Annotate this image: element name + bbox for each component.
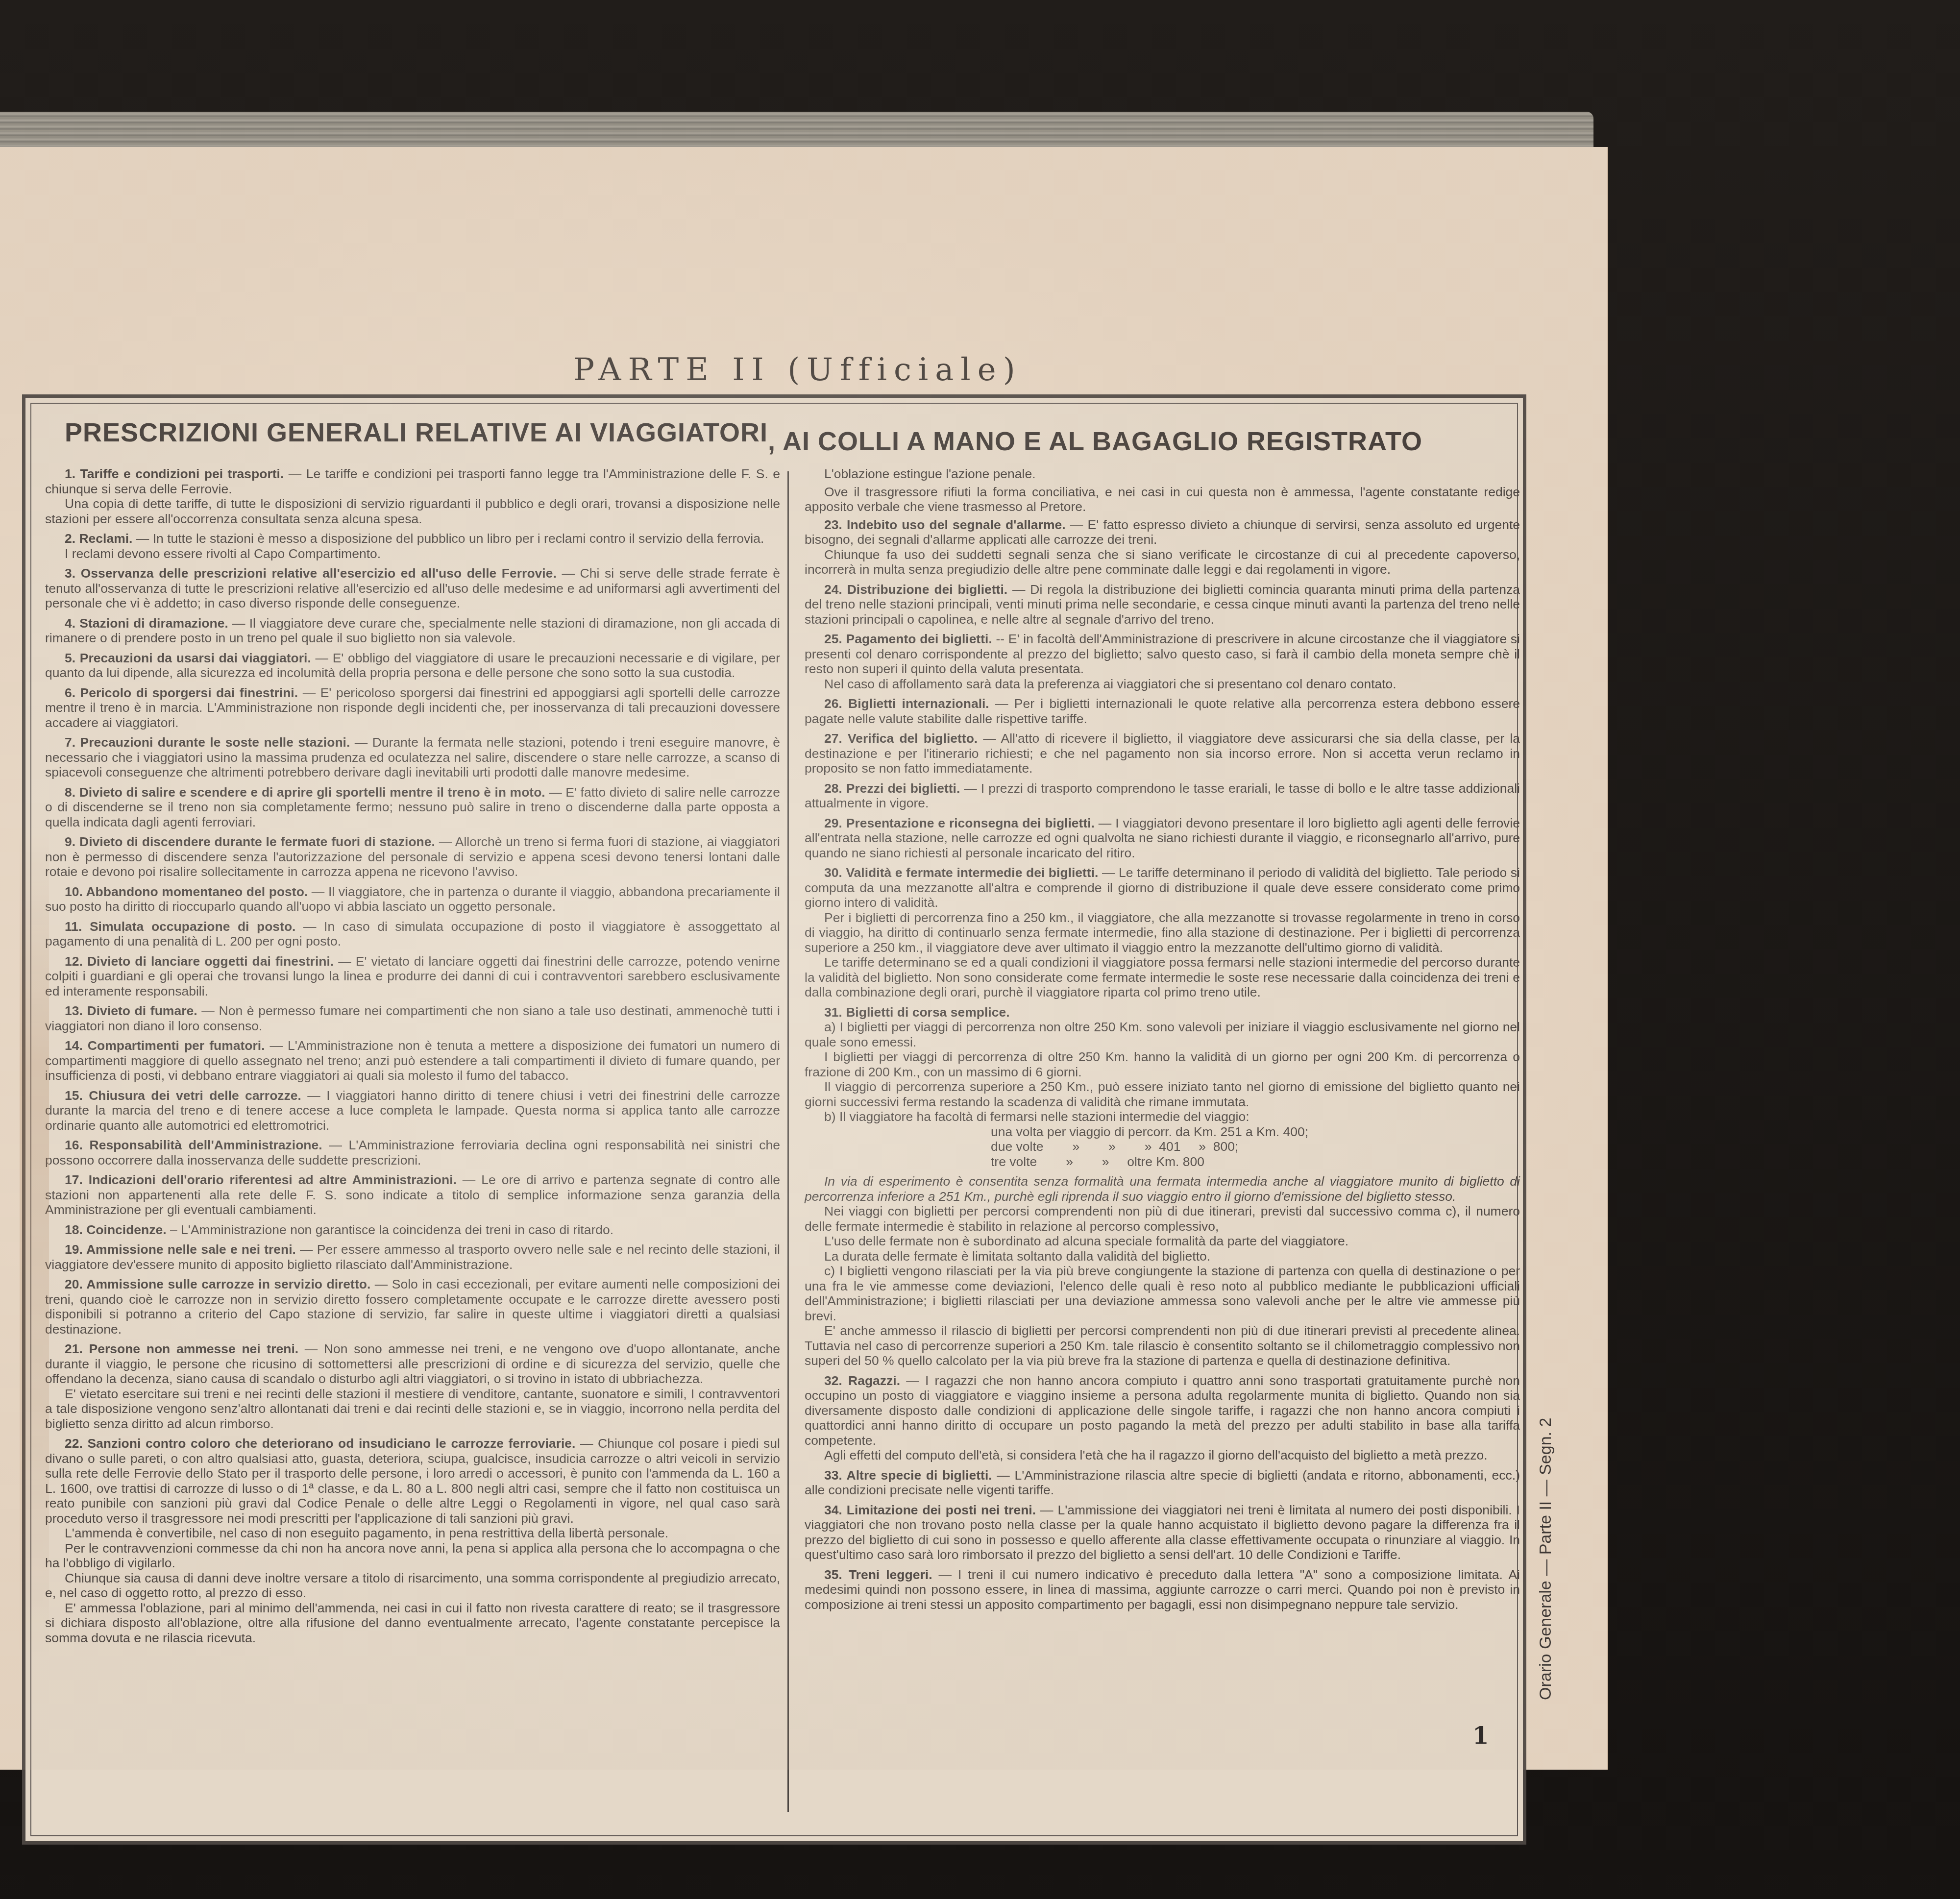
- article-heading: 29. Presentazione e riconsegna dei bigli…: [824, 816, 1099, 830]
- article-paragraph: c) I biglietti vengono rilasciati per la…: [805, 1264, 1520, 1323]
- book-page-edges: [0, 112, 1593, 147]
- article-28: 28. Prezzi dei biglietti. — I prezzi di …: [805, 781, 1520, 811]
- side-label: Orario Generale — Parte II — Segn. 2: [1536, 1418, 1555, 1700]
- article-31: 31. Biglietti di corsa semplice.a) I big…: [805, 1005, 1520, 1368]
- article-paragraph: 7. Precauzioni durante le soste nelle st…: [45, 735, 780, 780]
- article-32: 32. Ragazzi. — I ragazzi che non hanno a…: [805, 1373, 1520, 1463]
- article-paragraph: Chiunque sia causa di danni deve inoltre…: [45, 1571, 780, 1601]
- article-paragraph: 2. Reclami. — In tutte le stazioni è mes…: [45, 531, 780, 546]
- article-text: — In tutte le stazioni è messo a disposi…: [136, 531, 764, 546]
- article-15: 15. Chiusura dei vetri delle carrozze. —…: [45, 1088, 780, 1133]
- article-paragraph: Il viaggio di percorrenza superiore a 25…: [805, 1079, 1520, 1109]
- article-13: 13. Divieto di fumare. — Non è permesso …: [45, 1003, 780, 1033]
- article-paragraph: 15. Chiusura dei vetri delle carrozze. —…: [45, 1088, 780, 1133]
- article-heading: 21. Persone non ammesse nei treni.: [65, 1341, 305, 1356]
- page-number: 1: [1472, 1722, 1489, 1750]
- article-17: 17. Indicazioni dell'orario riferentesi …: [45, 1172, 780, 1217]
- article-paragraph: 17. Indicazioni dell'orario riferentesi …: [45, 1172, 780, 1217]
- article-heading: 16. Responsabilità dell'Amministrazione.: [65, 1138, 329, 1152]
- article-22: 22. Sanzioni contro coloro che deteriora…: [45, 1436, 780, 1645]
- article-heading: 26. Biglietti internazionali.: [824, 696, 995, 711]
- article-27: 27. Verifica del biglietto. — All'atto d…: [805, 731, 1520, 776]
- article-heading: 5. Precauzioni da usarsi dai viaggiatori…: [65, 651, 315, 665]
- article-6: 6. Pericolo di sporgersi dai finestrini.…: [45, 685, 780, 730]
- article-paragraph: 8. Divieto di salire e scendere e di apr…: [45, 785, 780, 830]
- article-paragraph: a) I biglietti per viaggi di percorrenza…: [805, 1020, 1520, 1049]
- article-paragraph: 10. Abbandono momentaneo del posto. — Il…: [45, 884, 780, 914]
- article-heading: 35. Treni leggeri.: [824, 1567, 939, 1582]
- article-paragraph: E' anche ammesso il rilascio di bigliett…: [805, 1323, 1520, 1368]
- article-paragraph: 4. Stazioni di diramazione. — Il viaggia…: [45, 616, 780, 646]
- article-5: 5. Precauzioni da usarsi dai viaggiatori…: [45, 651, 780, 681]
- page-title: PRESCRIZIONI GENERALI RELATIVE AI VIAGGI…: [65, 417, 1505, 448]
- article-heading: 2. Reclami.: [65, 531, 136, 546]
- article-paragraph: 18. Coincidenze. – L'Amministrazione non…: [45, 1222, 780, 1238]
- article-heading: 14. Compartimenti per fumatori.: [65, 1038, 270, 1053]
- article-heading: 12. Divieto di lanciare oggetti dai fine…: [65, 954, 338, 969]
- article-21: 21. Persone non ammesse nei treni. — Non…: [45, 1341, 780, 1431]
- continuation-paragraph: L'oblazione estingue l'azione penale.: [805, 466, 1520, 482]
- article-paragraph: 30. Validità e fermate intermedie dei bi…: [805, 865, 1520, 910]
- article-heading: 23. Indebito uso del segnale d'allarme.: [824, 517, 1070, 532]
- stop-count-table: una volta per viaggio di percorr. da Km.…: [991, 1124, 1520, 1169]
- article-26: 26. Biglietti internazionali. — Per i bi…: [805, 696, 1520, 726]
- article-8: 8. Divieto di salire e scendere e di apr…: [45, 785, 780, 830]
- article-paragraph: 22. Sanzioni contro coloro che deteriora…: [45, 1436, 780, 1526]
- article-heading: 25. Pagamento dei biglietti.: [824, 632, 996, 646]
- article-paragraph: 28. Prezzi dei biglietti. — I prezzi di …: [805, 781, 1520, 811]
- column-divider: [787, 471, 789, 1812]
- article-heading: 1. Tariffe e condizioni pei trasporti.: [65, 466, 289, 481]
- article-19: 19. Ammissione nelle sale e nei treni. —…: [45, 1242, 780, 1272]
- article-paragraph: 34. Limitazione dei posti nei treni. — L…: [805, 1503, 1520, 1562]
- article-paragraph: 11. Simulata occupazione di posto. — In …: [45, 919, 780, 949]
- article-16: 16. Responsabilità dell'Amministrazione.…: [45, 1138, 780, 1168]
- article-paragraph: L'ammenda è convertibile, nel caso di no…: [45, 1526, 780, 1541]
- article-1: 1. Tariffe e condizioni pei trasporti. —…: [45, 466, 780, 526]
- article-paragraph: L'uso delle fermate non è subordinato ad…: [805, 1234, 1520, 1249]
- article-text: — I ragazzi che non hanno ancora compiut…: [805, 1373, 1520, 1448]
- article-paragraph: Le tariffe determinano se ed a quali con…: [805, 955, 1520, 1000]
- article-paragraph: 29. Presentazione e riconsegna dei bigli…: [805, 816, 1520, 861]
- article-heading: 30. Validità e fermate intermedie dei bi…: [824, 865, 1102, 880]
- article-paragraph: La durata delle fermate è limitata solta…: [805, 1249, 1520, 1264]
- article-heading: 6. Pericolo di sporgersi dai finestrini.: [65, 685, 303, 700]
- article-heading: 34. Limitazione dei posti nei treni.: [824, 1503, 1040, 1517]
- article-paragraph: Nei viaggi con biglietti per percorsi co…: [805, 1204, 1520, 1234]
- article-paragraph: 27. Verifica del biglietto. — All'atto d…: [805, 731, 1520, 776]
- article-paragraph: 12. Divieto di lanciare oggetti dai fine…: [45, 954, 780, 999]
- article-29: 29. Presentazione e riconsegna dei bigli…: [805, 816, 1520, 861]
- article-heading: 20. Ammissione sulle carrozze in servizi…: [65, 1277, 375, 1291]
- article-paragraph: Nel caso di affollamento sarà data la pr…: [805, 677, 1520, 692]
- article-paragraph: 35. Treni leggeri. — I treni il cui nume…: [805, 1567, 1520, 1612]
- article-paragraph: Una copia di dette tariffe, di tutte le …: [45, 496, 780, 526]
- article-paragraph: 20. Ammissione sulle carrozze in servizi…: [45, 1277, 780, 1337]
- article-heading: 9. Divieto di discendere durante le ferm…: [65, 834, 439, 849]
- article-35: 35. Treni leggeri. — I treni il cui nume…: [805, 1567, 1520, 1612]
- article-paragraph: 33. Altre specie di biglietti. — L'Ammin…: [805, 1468, 1520, 1498]
- article-11: 11. Simulata occupazione di posto. — In …: [45, 919, 780, 949]
- left-column: 1. Tariffe e condizioni pei trasporti. —…: [45, 466, 780, 1650]
- article-paragraph: E' vietato esercitare sui treni e nei re…: [45, 1387, 780, 1432]
- article-heading: 28. Prezzi dei biglietti.: [824, 781, 964, 796]
- article-heading: 31. Biglietti di corsa semplice.: [805, 1005, 1520, 1020]
- article-heading: 24. Distribuzione dei biglietti.: [824, 582, 1012, 597]
- article-24: 24. Distribuzione dei biglietti. — Di re…: [805, 582, 1520, 627]
- article-14: 14. Compartimenti per fumatori. — L'Ammi…: [45, 1038, 780, 1083]
- right-column: L'oblazione estingue l'azione penale.Ove…: [805, 466, 1520, 1617]
- article-paragraph: Agli effetti del computo dell'età, si co…: [805, 1448, 1520, 1463]
- article-34: 34. Limitazione dei posti nei treni. — L…: [805, 1503, 1520, 1562]
- article-18: 18. Coincidenze. – L'Amministrazione non…: [45, 1222, 780, 1238]
- article-paragraph: 6. Pericolo di sporgersi dai finestrini.…: [45, 685, 780, 730]
- article-paragraph: 13. Divieto di fumare. — Non è permesso …: [45, 1003, 780, 1033]
- article-10: 10. Abbandono momentaneo del posto. — Il…: [45, 884, 780, 914]
- article-20: 20. Ammissione sulle carrozze in servizi…: [45, 1277, 780, 1337]
- content-frame: PRESCRIZIONI GENERALI RELATIVE AI VIAGGI…: [22, 394, 1526, 1845]
- article-heading: 32. Ragazzi.: [824, 1373, 906, 1388]
- article-paragraph: 23. Indebito uso del segnale d'allarme. …: [805, 517, 1520, 547]
- article-2: 2. Reclami. — In tutte le stazioni è mes…: [45, 531, 780, 561]
- article-heading: 11. Simulata occupazione di posto.: [65, 919, 303, 934]
- article-paragraph: 14. Compartimenti per fumatori. — L'Ammi…: [45, 1038, 780, 1083]
- section-header: PARTE II (Ufficiale): [573, 352, 1022, 388]
- article-paragraph: Per le contravvenzioni commesse da chi n…: [45, 1541, 780, 1571]
- article-text: – L'Amministrazione non garantisce la co…: [170, 1222, 613, 1237]
- article-paragraph: 21. Persone non ammesse nei treni. — Non…: [45, 1341, 780, 1387]
- article-heading: 4. Stazioni di diramazione.: [65, 616, 232, 631]
- article-paragraph: b) Il viaggiatore ha facoltà di fermarsi…: [805, 1109, 1520, 1124]
- article-paragraph: E' ammessa l'oblazione, pari al minimo d…: [45, 1601, 780, 1646]
- article-heading: 3. Osservanza delle prescrizioni relativ…: [65, 566, 562, 581]
- article-paragraph: Chiunque fa uso dei suddetti segnali sen…: [805, 547, 1520, 577]
- table-row: due volte » » » 401 » 800;: [991, 1139, 1520, 1154]
- article-heading: 13. Divieto di fumare.: [65, 1003, 201, 1018]
- article-heading: 33. Altre specie di biglietti.: [824, 1468, 997, 1483]
- article-7: 7. Precauzioni durante le soste nelle st…: [45, 735, 780, 780]
- article-25: 25. Pagamento dei biglietti. -- E' in fa…: [805, 632, 1520, 691]
- article-paragraph: I biglietti per viaggi di percorrenza di…: [805, 1049, 1520, 1079]
- article-30: 30. Validità e fermate intermedie dei bi…: [805, 865, 1520, 1000]
- article-paragraph: 5. Precauzioni da usarsi dai viaggiatori…: [45, 651, 780, 681]
- article-3: 3. Osservanza delle prescrizioni relativ…: [45, 566, 780, 611]
- article-paragraph: 19. Ammissione nelle sale e nei treni. —…: [45, 1242, 780, 1272]
- article-paragraph: 3. Osservanza delle prescrizioni relativ…: [45, 566, 780, 611]
- article-paragraph: 32. Ragazzi. — I ragazzi che non hanno a…: [805, 1373, 1520, 1448]
- article-paragraph: 25. Pagamento dei biglietti. -- E' in fa…: [805, 632, 1520, 677]
- article-33: 33. Altre specie di biglietti. — L'Ammin…: [805, 1468, 1520, 1498]
- article-heading: 7. Precauzioni durante le soste nelle st…: [65, 735, 355, 750]
- article-paragraph: 16. Responsabilità dell'Amministrazione.…: [45, 1138, 780, 1168]
- article-paragraph: 9. Divieto di discendere durante le ferm…: [45, 834, 780, 879]
- article-9: 9. Divieto di discendere durante le ferm…: [45, 834, 780, 879]
- article-heading: 19. Ammissione nelle sale e nei treni.: [65, 1242, 300, 1257]
- article-heading: 10. Abbandono momentaneo del posto.: [65, 884, 312, 899]
- document-page: PARTE II (Ufficiale) PRESCRIZIONI GENERA…: [0, 147, 1608, 1770]
- article-paragraph: Per i biglietti di percorrenza fino a 25…: [805, 910, 1520, 955]
- table-row: tre volte » » oltre Km. 800: [991, 1154, 1520, 1169]
- article-paragraph: 1. Tariffe e condizioni pei trasporti. —…: [45, 466, 780, 496]
- article-4: 4. Stazioni di diramazione. — Il viaggia…: [45, 616, 780, 646]
- article-heading: 15. Chiusura dei vetri delle carrozze.: [65, 1088, 307, 1103]
- article-heading: 18. Coincidenze.: [65, 1222, 170, 1237]
- article-12: 12. Divieto di lanciare oggetti dai fine…: [45, 954, 780, 999]
- article-paragraph: 24. Distribuzione dei biglietti. — Di re…: [805, 582, 1520, 627]
- article-heading: 17. Indicazioni dell'orario riferentesi …: [65, 1172, 463, 1187]
- article-paragraph: 26. Biglietti internazionali. — Per i bi…: [805, 696, 1520, 726]
- table-row: una volta per viaggio di percorr. da Km.…: [991, 1124, 1520, 1140]
- title-part-2: , AI COLLI A MANO E AL BAGAGLIO REGISTRA…: [768, 426, 1422, 457]
- article-paragraph: I reclami devono essere rivolti al Capo …: [45, 546, 780, 561]
- article-heading: 22. Sanzioni contro coloro che deteriora…: [65, 1436, 580, 1451]
- title-part-1: PRESCRIZIONI GENERALI RELATIVE AI VIAGGI…: [65, 417, 768, 448]
- article-23: 23. Indebito uso del segnale d'allarme. …: [805, 517, 1520, 577]
- article-paragraph: In via di esperimento è consentita senza…: [805, 1174, 1520, 1204]
- continuation-paragraph: Ove il trasgressore rifiuti la forma con…: [805, 485, 1520, 514]
- article-heading: 8. Divieto di salire e scendere e di apr…: [65, 785, 549, 800]
- article-heading: 27. Verifica del biglietto.: [824, 731, 983, 746]
